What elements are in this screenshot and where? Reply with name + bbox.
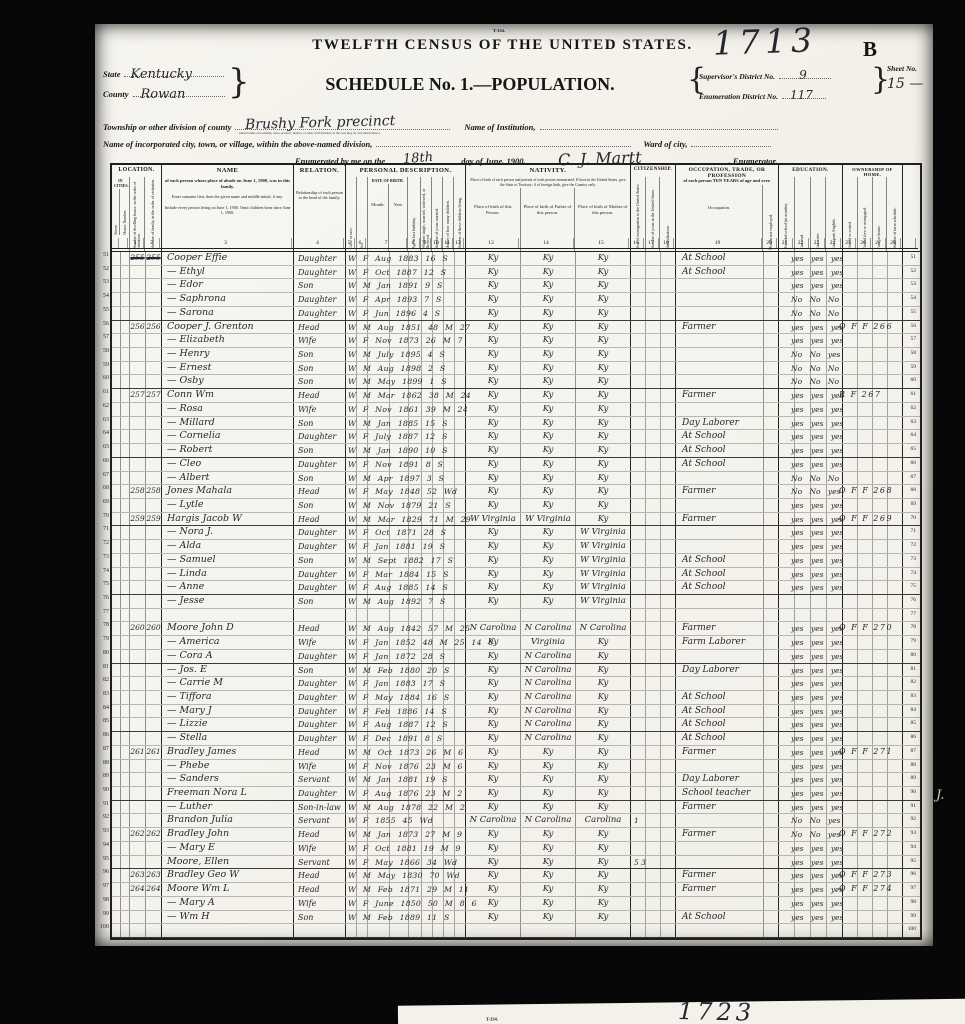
- ownership-subcell: [843, 540, 858, 553]
- ownership-subcell: [858, 499, 873, 512]
- ownership-subcell: [873, 279, 888, 292]
- cell-line-number: 87: [903, 746, 918, 759]
- cell-citizenship: [631, 609, 676, 622]
- table-row: 256256Cooper J. GrentonHeadW M Aug 1851 …: [112, 321, 920, 335]
- citizenship-subcell: [631, 650, 646, 663]
- relation-value: Daughter: [298, 789, 336, 798]
- cell-occupation: [676, 334, 764, 347]
- citizenship-subcell: [631, 636, 646, 649]
- cell-personal-description: W M July 1895 4 S: [346, 348, 466, 361]
- cell-birthplace-father: N Carolina: [521, 691, 576, 704]
- left-line-number: 94: [96, 839, 109, 853]
- cell-line-number: 84: [903, 705, 918, 718]
- birthplace-mother-value: Ky: [576, 884, 630, 894]
- relation-value: Wife: [298, 638, 316, 647]
- ownership-subcell: [873, 568, 888, 581]
- cell-months-not-employed: [764, 403, 779, 416]
- relation-title: RELATION.: [294, 165, 345, 177]
- cell-house-number: [121, 472, 130, 485]
- birthplace-mother-value: Ky: [576, 665, 630, 675]
- cell-citizenship: [631, 650, 676, 663]
- cell-house-number: [121, 458, 130, 471]
- cell-personal-description: W M Aug 1878 22 M 2: [346, 801, 466, 814]
- cell-citizenship: [631, 362, 676, 375]
- cell-relation: Son: [294, 444, 346, 457]
- cell-ownership: [843, 636, 903, 649]
- line-number-value: 67: [911, 474, 917, 480]
- cell-months-not-employed: [764, 307, 779, 320]
- education-value: yes yes yes: [791, 254, 843, 263]
- cell-birthplace-father: Ky: [521, 897, 576, 910]
- birthplace-value: N Carolina: [466, 815, 520, 825]
- cell-line-number: 98: [903, 897, 918, 910]
- birthplace-father-value: N Carolina: [521, 651, 575, 661]
- cell-occupation: [676, 814, 764, 827]
- cell-family-number: [146, 691, 162, 704]
- cell-line-number: 71: [903, 526, 918, 539]
- cell-street: [112, 526, 121, 539]
- cell-dwelling-number: [130, 856, 146, 869]
- cell-ownership: [843, 472, 903, 485]
- line-number-value: 61: [911, 391, 917, 397]
- birthplace-father-value: Ky: [521, 500, 575, 510]
- personal-description-value: W M Aug 1878 22 M 2: [348, 803, 465, 812]
- pd-title: PERSONAL DESCRIPTION.: [346, 165, 465, 177]
- occupation-desc: of each person TEN YEARS of age and over…: [676, 177, 778, 185]
- cell-dwelling-number: 261: [130, 746, 146, 759]
- cell-birthplace-father: W Virginia: [521, 513, 576, 526]
- cell-birthplace-father: Ky: [521, 321, 576, 334]
- education-value: yes yes yes: [791, 913, 843, 922]
- cell-street: [112, 513, 121, 526]
- relation-value: Son: [298, 377, 313, 386]
- cell-citizenship: [631, 911, 676, 924]
- ownership-subcell: [843, 293, 858, 306]
- person-name: — Anne: [167, 581, 204, 592]
- citizenship-subcell: [631, 718, 646, 731]
- cell-education: yes yes yes: [779, 458, 843, 471]
- cell-ownership: [843, 540, 903, 553]
- cell-citizenship: [631, 526, 676, 539]
- birthplace-father-value: Ky: [521, 596, 575, 606]
- county-value: Rowan: [141, 87, 186, 102]
- cell-house-number: [121, 252, 130, 265]
- ownership-subcell: [858, 279, 873, 292]
- dwelling-number-value: 259: [130, 514, 145, 523]
- education-value: yes yes yes: [791, 748, 843, 757]
- birthplace-value: Ky: [466, 555, 520, 565]
- dwelling-number-value: 260: [130, 623, 145, 632]
- cell-name: — Mary E: [162, 842, 294, 855]
- nativity-father-label: Place of birth of Father of this person.: [521, 202, 575, 218]
- left-line-number: 62: [96, 400, 109, 414]
- cell-education: yes yes yes: [779, 911, 843, 924]
- birthplace-mother-value: Ky: [576, 376, 630, 386]
- birthplace-mother-value: Ky: [576, 857, 630, 867]
- line-number-value: 93: [911, 830, 917, 836]
- citizenship-subcell: [631, 664, 646, 677]
- person-name: Bradley John: [167, 828, 229, 839]
- pd-subcell: [444, 293, 455, 306]
- column-number: 26: [856, 238, 871, 248]
- cell-house-number: [121, 375, 130, 388]
- left-line-number: 51: [96, 249, 109, 263]
- person-name: — Stella: [167, 732, 207, 743]
- cell-personal-description: W M Aug 1892 7 S: [346, 595, 466, 608]
- relation-value: Daughter: [298, 570, 336, 579]
- birthplace-value: Ky: [466, 665, 520, 675]
- cell-relation: Head: [294, 746, 346, 759]
- cell-family-number: [146, 458, 162, 471]
- person-name: Freeman Nora L: [167, 787, 247, 798]
- education-subcell: [795, 609, 811, 622]
- citizenship-subcell: [631, 773, 646, 786]
- cell-relation: Head: [294, 828, 346, 841]
- pd-subcell: [444, 472, 455, 485]
- birthplace-father-value: Ky: [521, 747, 575, 757]
- ownership-title: OWNERSHIP OF HOME.: [843, 165, 902, 177]
- birthplace-mother-value: Ky: [576, 514, 630, 524]
- cell-relation: Son-in-law: [294, 801, 346, 814]
- cell-ownership: O F F 266: [843, 321, 903, 334]
- education-value: yes yes yes: [791, 501, 843, 510]
- cell-family-number: 262: [146, 828, 162, 841]
- cell-dwelling-number: [130, 279, 146, 292]
- cell-birthplace-mother: Ky: [576, 828, 631, 841]
- education-subcell: [795, 924, 811, 937]
- pd-subcell: [346, 924, 357, 937]
- ownership-subcell: [858, 897, 873, 910]
- cell-relation: Son: [294, 499, 346, 512]
- birthplace-father-value: Ky: [521, 829, 575, 839]
- citizenship-title: CITIZENSHIP.: [631, 165, 675, 177]
- person-name: Cooper J. Grenton: [167, 321, 254, 332]
- person-name: Bradley James: [167, 746, 236, 757]
- cell-occupation: Farmer: [676, 869, 764, 882]
- citizenship-subcell: [631, 485, 646, 498]
- cell-dwelling-number: [130, 595, 146, 608]
- birthplace-mother-value: W Virginia: [576, 569, 630, 579]
- cell-citizenship: 5 3: [631, 856, 676, 869]
- ownership-subcell: [858, 293, 873, 306]
- ownership-subcell: [873, 787, 888, 800]
- column-number: 17: [644, 238, 659, 248]
- district-block: Supervisor's District No. 9 Enumeration …: [699, 66, 869, 106]
- cell-house-number: [121, 814, 130, 827]
- table-row: — AldaDaughterW F Jan 1881 19 SKyKyW Vir…: [112, 540, 920, 554]
- relation-value: Servant: [298, 775, 330, 784]
- cell-dwelling-number: [130, 842, 146, 855]
- birthplace-mother-value: Carolina: [576, 815, 630, 825]
- cell-months-not-employed: [764, 362, 779, 375]
- cell-personal-description: W M Apr 1897 3 S: [346, 472, 466, 485]
- cell-street: [112, 856, 121, 869]
- ownership-subcell: [843, 595, 858, 608]
- left-line-number: 55: [96, 304, 109, 318]
- relation-value: Servant: [298, 858, 330, 867]
- occupation-value: At School: [682, 431, 726, 441]
- cell-months-not-employed: [764, 417, 779, 430]
- occupation-value: Farmer: [682, 802, 715, 812]
- table-row: — SaphronaDaughterW F Apr 1893 7 SKyKyKy…: [112, 293, 920, 307]
- line-number-value: 60: [911, 377, 917, 383]
- birthplace-father-value: Ky: [521, 870, 575, 880]
- cell-birthplace-father: N Carolina: [521, 732, 576, 745]
- cell-months-not-employed: [764, 252, 779, 265]
- pd-subcell: [444, 458, 455, 471]
- line-number-value: 80: [911, 652, 917, 658]
- cell-education: yes yes yes: [779, 677, 843, 690]
- education-value: yes yes yes: [791, 693, 843, 702]
- pd-subcell: [444, 677, 455, 690]
- pd-subcell: [357, 609, 368, 622]
- personal-description-value: W M Nov 1879 21 S: [348, 501, 451, 510]
- relation-desc: Relationship of each person to the head …: [294, 189, 345, 202]
- personal-description-value: W M July 1895 4 S: [348, 350, 445, 359]
- citizenship-subcell: [646, 801, 661, 814]
- column-number: 9: [420, 238, 431, 248]
- line-number-value: 69: [911, 501, 917, 507]
- person-name: Hargis Jacob W: [167, 513, 242, 524]
- cell-birthplace-father: N Carolina: [521, 718, 576, 731]
- cell-line-number: 99: [903, 911, 918, 924]
- cell-education: No No No: [779, 293, 843, 306]
- cell-house-number: [121, 664, 130, 677]
- cell-line-number: 86: [903, 732, 918, 745]
- cell-months-not-employed: [764, 389, 779, 402]
- cell-education: No No No: [779, 472, 843, 485]
- birthplace-value: Ky: [466, 747, 520, 757]
- table-row: — Cora ADaughterW F Jan 1872 28 SKyN Car…: [112, 650, 920, 664]
- ownership-subcell: [843, 787, 858, 800]
- cell-house-number: [121, 266, 130, 279]
- cell-family-number: 257: [146, 389, 162, 402]
- cell-education: yes yes yes: [779, 636, 843, 649]
- citizenship-subcell: [646, 485, 661, 498]
- pd-subcell: [390, 609, 409, 622]
- cell-family-number: [146, 856, 162, 869]
- cell-education: No No yes: [779, 828, 843, 841]
- citizenship-subcell: [631, 293, 646, 306]
- cell-street: [112, 718, 121, 731]
- education-value: No No No: [791, 377, 839, 386]
- ownership-subcell: [873, 842, 888, 855]
- nativity-desc: Place of birth of each person and parent…: [466, 177, 630, 188]
- cell-months-not-employed: [764, 801, 779, 814]
- cell-personal-description: W F Oct 1887 12 S: [346, 266, 466, 279]
- ownership-subcell: [843, 362, 858, 375]
- birthplace-mother-value: Ky: [576, 843, 630, 853]
- cell-education: yes yes yes: [779, 760, 843, 773]
- cell-occupation: Farmer: [676, 828, 764, 841]
- cell-education: yes yes yes: [779, 746, 843, 759]
- line-number-value: 51: [911, 254, 917, 260]
- cell-birthplace-father: Ky: [521, 279, 576, 292]
- cell-family-number: [146, 760, 162, 773]
- ownership-subcell: [843, 430, 858, 443]
- cell-birthplace-mother: Ky: [576, 664, 631, 677]
- relation-value: Wife: [298, 844, 316, 853]
- cell-relation: Daughter: [294, 705, 346, 718]
- occupation-value: School teacher: [682, 788, 750, 798]
- cell-name: — Henry: [162, 348, 294, 361]
- cell-ownership: [843, 307, 903, 320]
- cell-birthplace-father: Ky: [521, 568, 576, 581]
- cell-birthplace-mother: Ky: [576, 773, 631, 786]
- cell-citizenship: [631, 801, 676, 814]
- cell-occupation: At School: [676, 705, 764, 718]
- ownership-subcell: [873, 307, 888, 320]
- cell-birthplace-mother: Ky: [576, 801, 631, 814]
- citizenship-subcell: [631, 622, 646, 635]
- location-title: LOCATION.: [112, 165, 161, 177]
- personal-description-value: W F Nov 1861 39 M 24: [348, 405, 468, 414]
- cell-birthplace: Ky: [466, 403, 521, 416]
- citizenship-subcell: [631, 499, 646, 512]
- birthplace-father-value: Ky: [521, 294, 575, 304]
- cell-ownership: [843, 897, 903, 910]
- cell-line-number: 63: [903, 417, 918, 430]
- cell-birthplace-father: Ky: [521, 595, 576, 608]
- cell-ownership: [843, 787, 903, 800]
- enumeration-value: 117: [790, 88, 813, 102]
- cell-house-number: [121, 403, 130, 416]
- cell-personal-description: W F Nov 1861 39 M 24: [346, 403, 466, 416]
- cell-education: yes yes yes: [779, 869, 843, 882]
- birthplace-value: Ky: [466, 335, 520, 345]
- line-number-value: 63: [911, 419, 917, 425]
- person-name: — Phebe: [167, 760, 209, 771]
- cell-dwelling-number: [130, 403, 146, 416]
- ownership-subcell: [843, 417, 858, 430]
- cell-line-number: 54: [903, 293, 918, 306]
- cell-birthplace-mother: Ky: [576, 389, 631, 402]
- citizenship-subcell: [646, 636, 661, 649]
- birthplace-father-value: Virginia: [521, 637, 575, 647]
- institution-label: Name of Institution,: [464, 122, 535, 132]
- cell-occupation: Day Laborer: [676, 773, 764, 786]
- occupation-value: At School: [682, 719, 726, 729]
- table-body: 255255Cooper EffieDaughterW F Aug 1883 1…: [112, 252, 920, 938]
- table-row: — MillardSonW M Jan 1885 15 SKyKyKyDay L…: [112, 417, 920, 431]
- cell-relation: Daughter: [294, 430, 346, 443]
- citizenship-subcell: [646, 293, 661, 306]
- cell-months-not-employed: [764, 732, 779, 745]
- relation-value: Daughter: [298, 295, 336, 304]
- left-line-number: 65: [96, 441, 109, 455]
- cell-line-number: 69: [903, 499, 918, 512]
- cell-relation: Son: [294, 279, 346, 292]
- cell-relation: Daughter: [294, 458, 346, 471]
- birthplace-mother-value: W Virginia: [576, 555, 630, 565]
- cell-relation: Daughter: [294, 650, 346, 663]
- citizenship-subcell: [646, 554, 661, 567]
- cell-personal-description: W F Jan 1883 17 S: [346, 677, 466, 690]
- cell-name: — Lytle: [162, 499, 294, 512]
- left-line-number: 86: [96, 729, 109, 743]
- ownership-subcell: [873, 417, 888, 430]
- relation-value: Daughter: [298, 432, 336, 441]
- ownership-subcell: [858, 417, 873, 430]
- cell-name: Freeman Nora L: [162, 787, 294, 800]
- cell-birthplace: Ky: [466, 691, 521, 704]
- cell-months-not-employed: [764, 622, 779, 635]
- cell-house-number: [121, 650, 130, 663]
- column-number: 8: [407, 238, 420, 248]
- cell-citizenship: [631, 842, 676, 855]
- next-page-sliver: T-334. 1723: [398, 998, 965, 1024]
- education-value: yes yes yes: [791, 583, 843, 592]
- ownership-subcell: [873, 458, 888, 471]
- left-line-number: 97: [96, 880, 109, 894]
- ownership-subcell: [873, 444, 888, 457]
- person-name: Moore John D: [167, 622, 234, 633]
- cell-months-not-employed: [764, 266, 779, 279]
- relation-value: Wife: [298, 762, 316, 771]
- birthplace-mother-value: Ky: [576, 719, 630, 729]
- cell-dwelling-number: [130, 417, 146, 430]
- line-number-value: 55: [911, 309, 917, 315]
- cell-street: [112, 472, 121, 485]
- cell-education: yes yes yes: [779, 526, 843, 539]
- cell-relation: Daughter: [294, 293, 346, 306]
- birthplace-father-value: Ky: [521, 912, 575, 922]
- column-number: 22: [793, 238, 809, 248]
- cell-birthplace-father: Ky: [521, 499, 576, 512]
- column-number: 6: [355, 238, 366, 248]
- citizenship-subcell: [646, 252, 661, 265]
- citizenship-subcell: [646, 348, 661, 361]
- cell-ownership: [843, 430, 903, 443]
- cell-occupation: [676, 842, 764, 855]
- table-row: — ElizabethWifeW F Nov 1873 26 M 7KyKyKy…: [112, 334, 920, 348]
- relation-value: Daughter: [298, 734, 336, 743]
- cell-birthplace-mother: Ky: [576, 266, 631, 279]
- cell-name: — Linda: [162, 568, 294, 581]
- cell-name: — Wm H: [162, 911, 294, 924]
- cell-house-number: [121, 444, 130, 457]
- cell-street: [112, 691, 121, 704]
- ownership-value: O F F 273: [839, 870, 893, 879]
- cell-occupation: At School: [676, 581, 764, 594]
- in-cities-label: IN CITIES.: [112, 177, 129, 189]
- cell-street: [112, 622, 121, 635]
- table-row: — Mary AWifeW F June 1850 50 M 8 6KyKyKy…: [112, 897, 920, 911]
- person-name: — Luther: [167, 801, 212, 812]
- occupation-value: Farmer: [682, 322, 715, 332]
- cell-ownership: [843, 554, 903, 567]
- ownership-subcell: [843, 458, 858, 471]
- cell-family-number: [146, 897, 162, 910]
- ownership-subcell: [858, 691, 873, 704]
- birthplace-value: Ky: [466, 376, 520, 386]
- sheet-block: Sheet No. 15 —: [887, 64, 923, 92]
- cell-family-number: [146, 472, 162, 485]
- citizenship-subcell: [646, 307, 661, 320]
- cell-street: [112, 307, 121, 320]
- cell-birthplace-mother: [576, 609, 631, 622]
- cell-relation: Daughter: [294, 252, 346, 265]
- table-row: — LytleSonW M Nov 1879 21 SKyKyKyyes yes…: [112, 499, 920, 513]
- cell-ownership: [843, 609, 903, 622]
- cell-education: No No No: [779, 362, 843, 375]
- table-row: — Mary EWifeW F Oct 1881 19 M 9KyKyKyyes…: [112, 842, 920, 856]
- relation-value: Head: [298, 391, 320, 400]
- cell-education: [779, 924, 843, 937]
- line-number-value: 73: [911, 556, 917, 562]
- personal-description-value: W M Aug 1842 57 M 25: [348, 624, 470, 633]
- cell-family-number: [146, 568, 162, 581]
